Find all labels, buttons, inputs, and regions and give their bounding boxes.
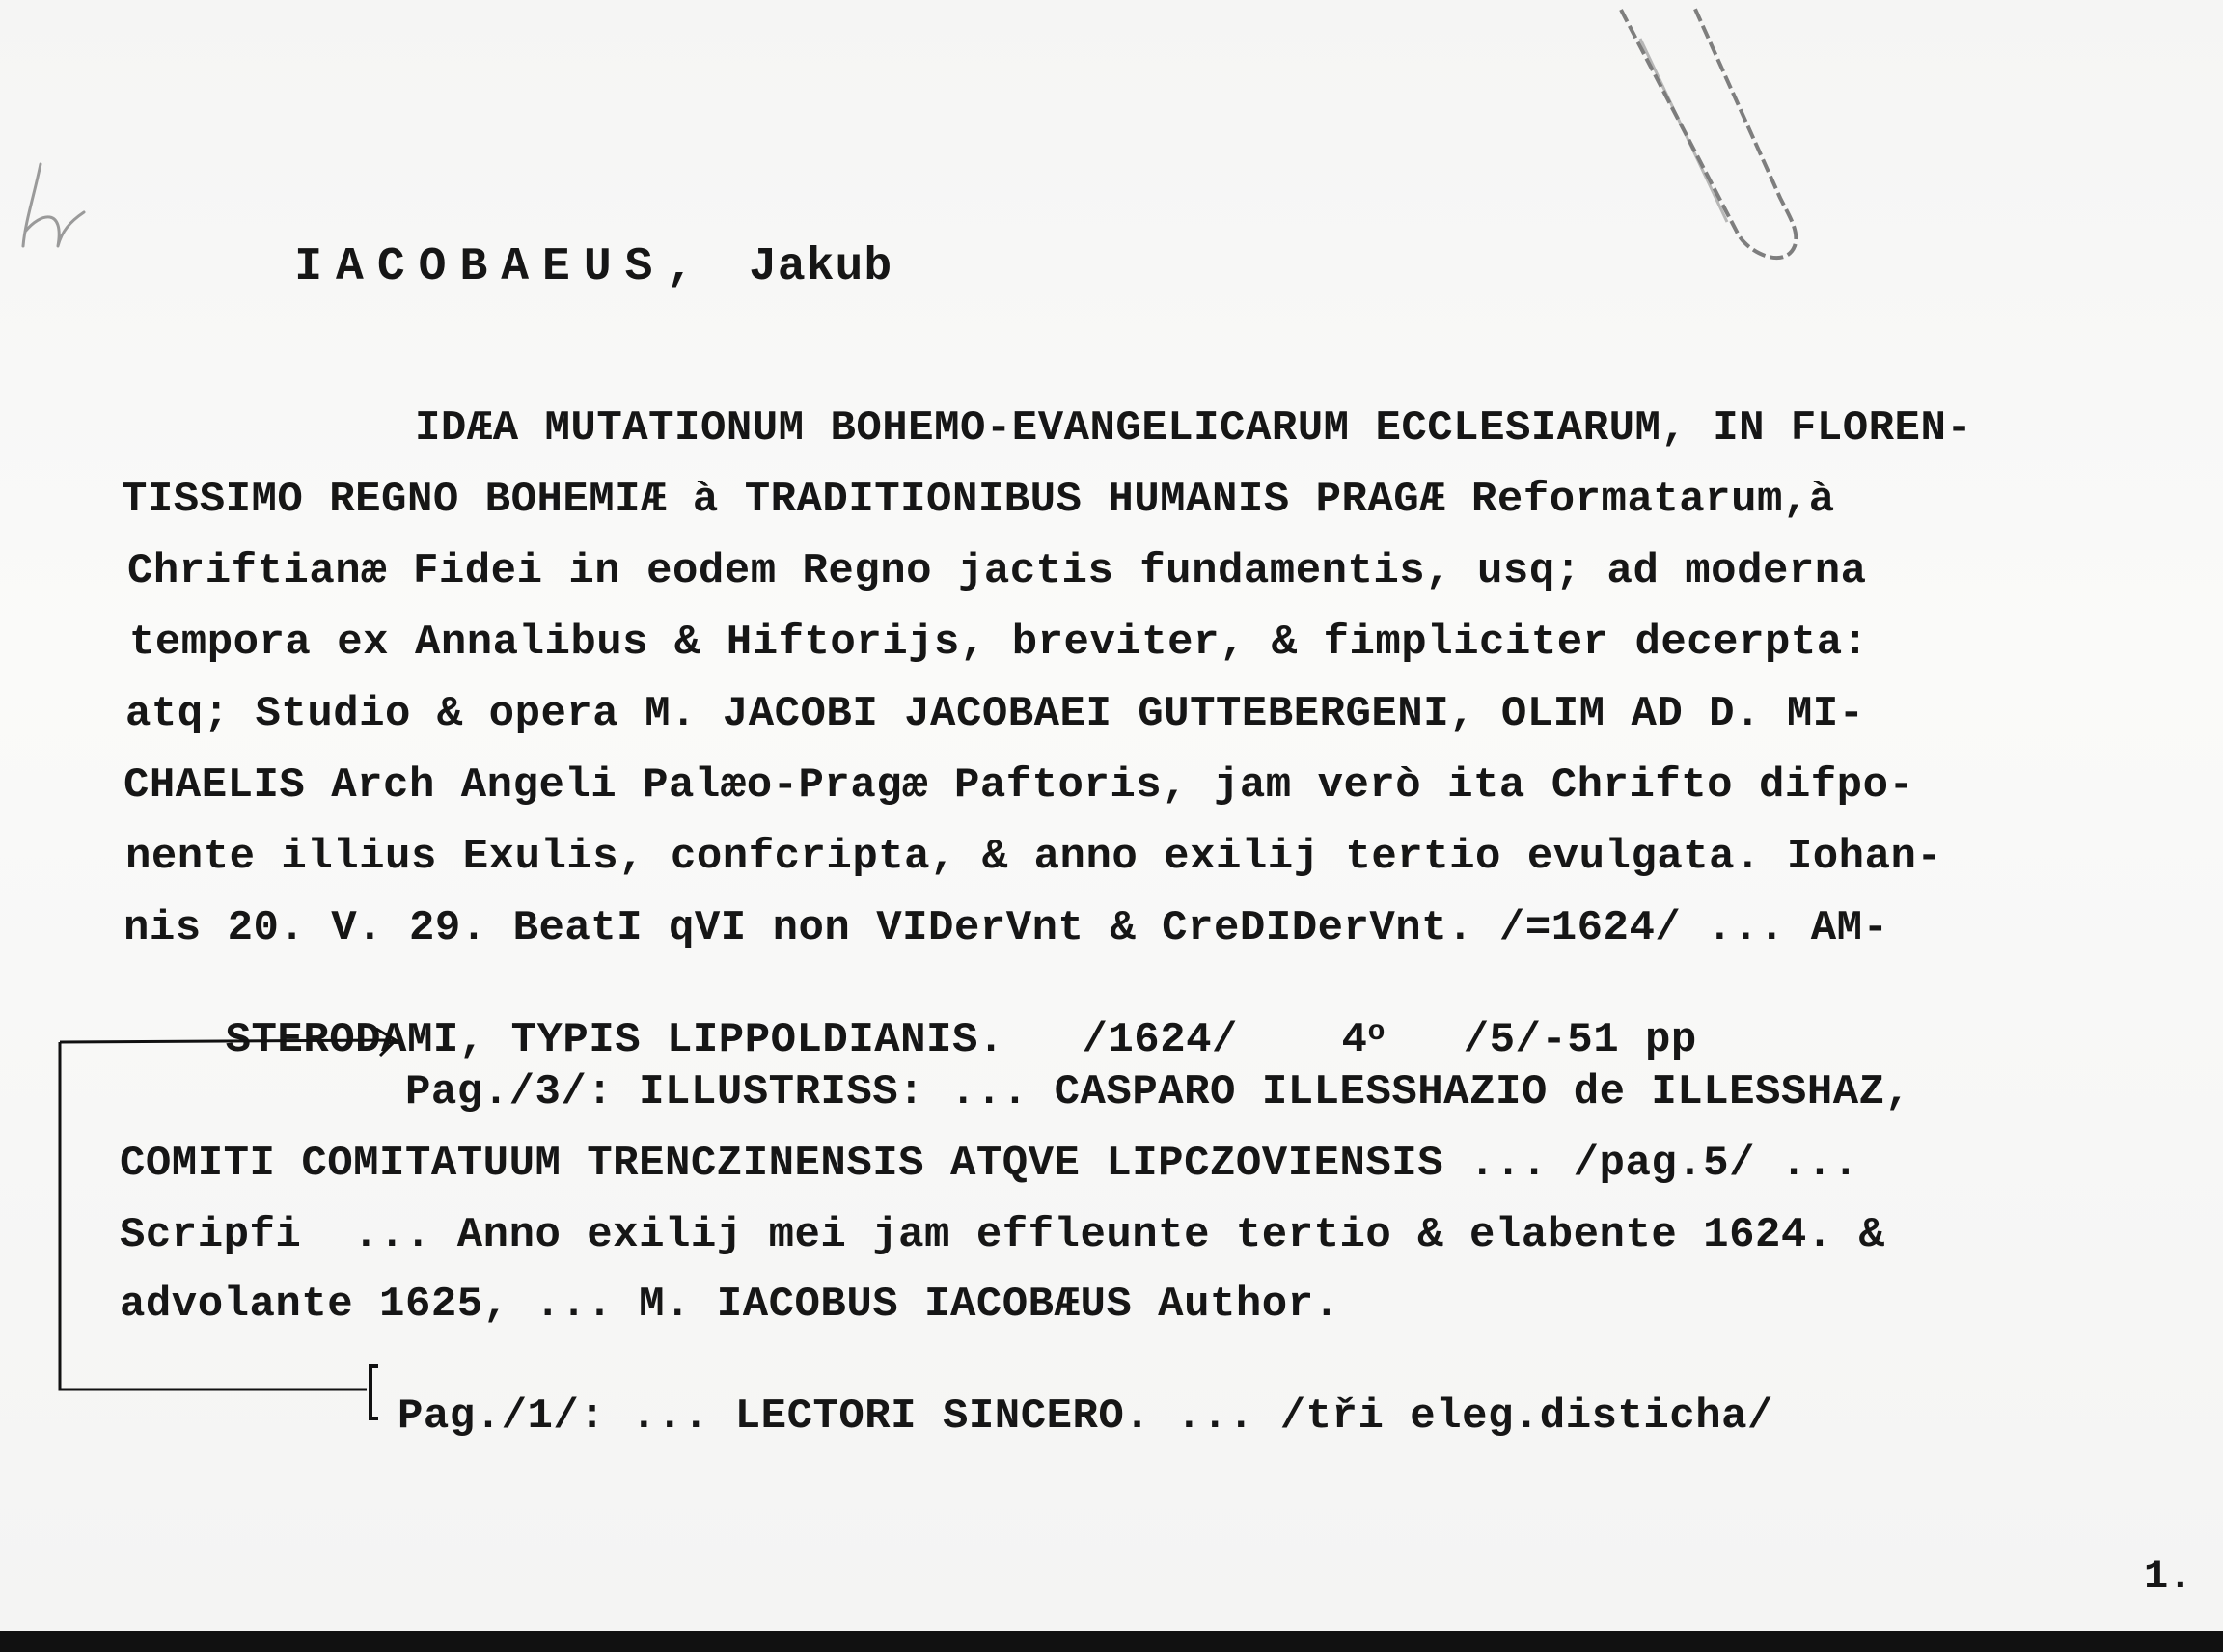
pen-stroke-mark [1602, 0, 1852, 289]
pagination: /5/-51 pp [1464, 1016, 1697, 1064]
title-line: atq; Studio & opera M. JACOBI JACOBAEI G… [125, 693, 1865, 735]
handwritten-h-mark [12, 154, 98, 251]
note-line: Scripfi ... Anno exilij mei jam effleunt… [120, 1214, 1885, 1256]
format-number: 4 [1342, 1016, 1368, 1064]
title-line: Chriftianæ Fidei in eodem Regno jactis f… [127, 550, 1867, 592]
heading-separator: , [666, 241, 707, 293]
note-line: COMITI COMITATUUM TRENCZINENSIS ATQVE LI… [120, 1143, 1859, 1185]
author-given-name: Jakub [749, 241, 892, 293]
title-line: IDÆA MUTATIONUM BOHEMO-EVANGELICARUM ECC… [415, 407, 1972, 450]
title-line: CHAELIS Arch Angeli Palæo-Pragæ Paftoris… [123, 764, 1914, 807]
catalog-card: h IACOBAEUS, Jakub IDÆA MUTATIONUM BOHEM… [0, 0, 2223, 1631]
title-line: nis 20. V. 29. BeatI qVI non VIDerVnt & … [123, 907, 1889, 950]
imprint-year: /1624/ [1082, 1016, 1237, 1064]
title-line: nente illius Exulis, confcripta, & anno … [125, 836, 1942, 878]
author-surname: IACOBAEUS [294, 241, 666, 293]
card-number: 1. [2144, 1554, 2192, 1600]
scan-bottom-edge [0, 1631, 2223, 1652]
title-line: TISSIMO REGNO BOHEMIÆ à TRADITIONIBUS HU… [122, 479, 1835, 521]
insert-note: Pag./1/: ... LECTORI SINCERO. ... /tři e… [398, 1395, 1773, 1438]
title-line: tempora ex Annalibus & Hiftorijs, brevit… [129, 621, 1869, 664]
note-line: advolante 1625, ... M. IACOBUS IACOBÆUS … [120, 1283, 1340, 1326]
card-heading: IACOBAEUS, Jakub [129, 189, 892, 345]
format-sup: o [1367, 1016, 1386, 1049]
note-line: Pag./3/: ILLUSTRISS: ... CASPARO ILLESSH… [405, 1071, 1910, 1114]
